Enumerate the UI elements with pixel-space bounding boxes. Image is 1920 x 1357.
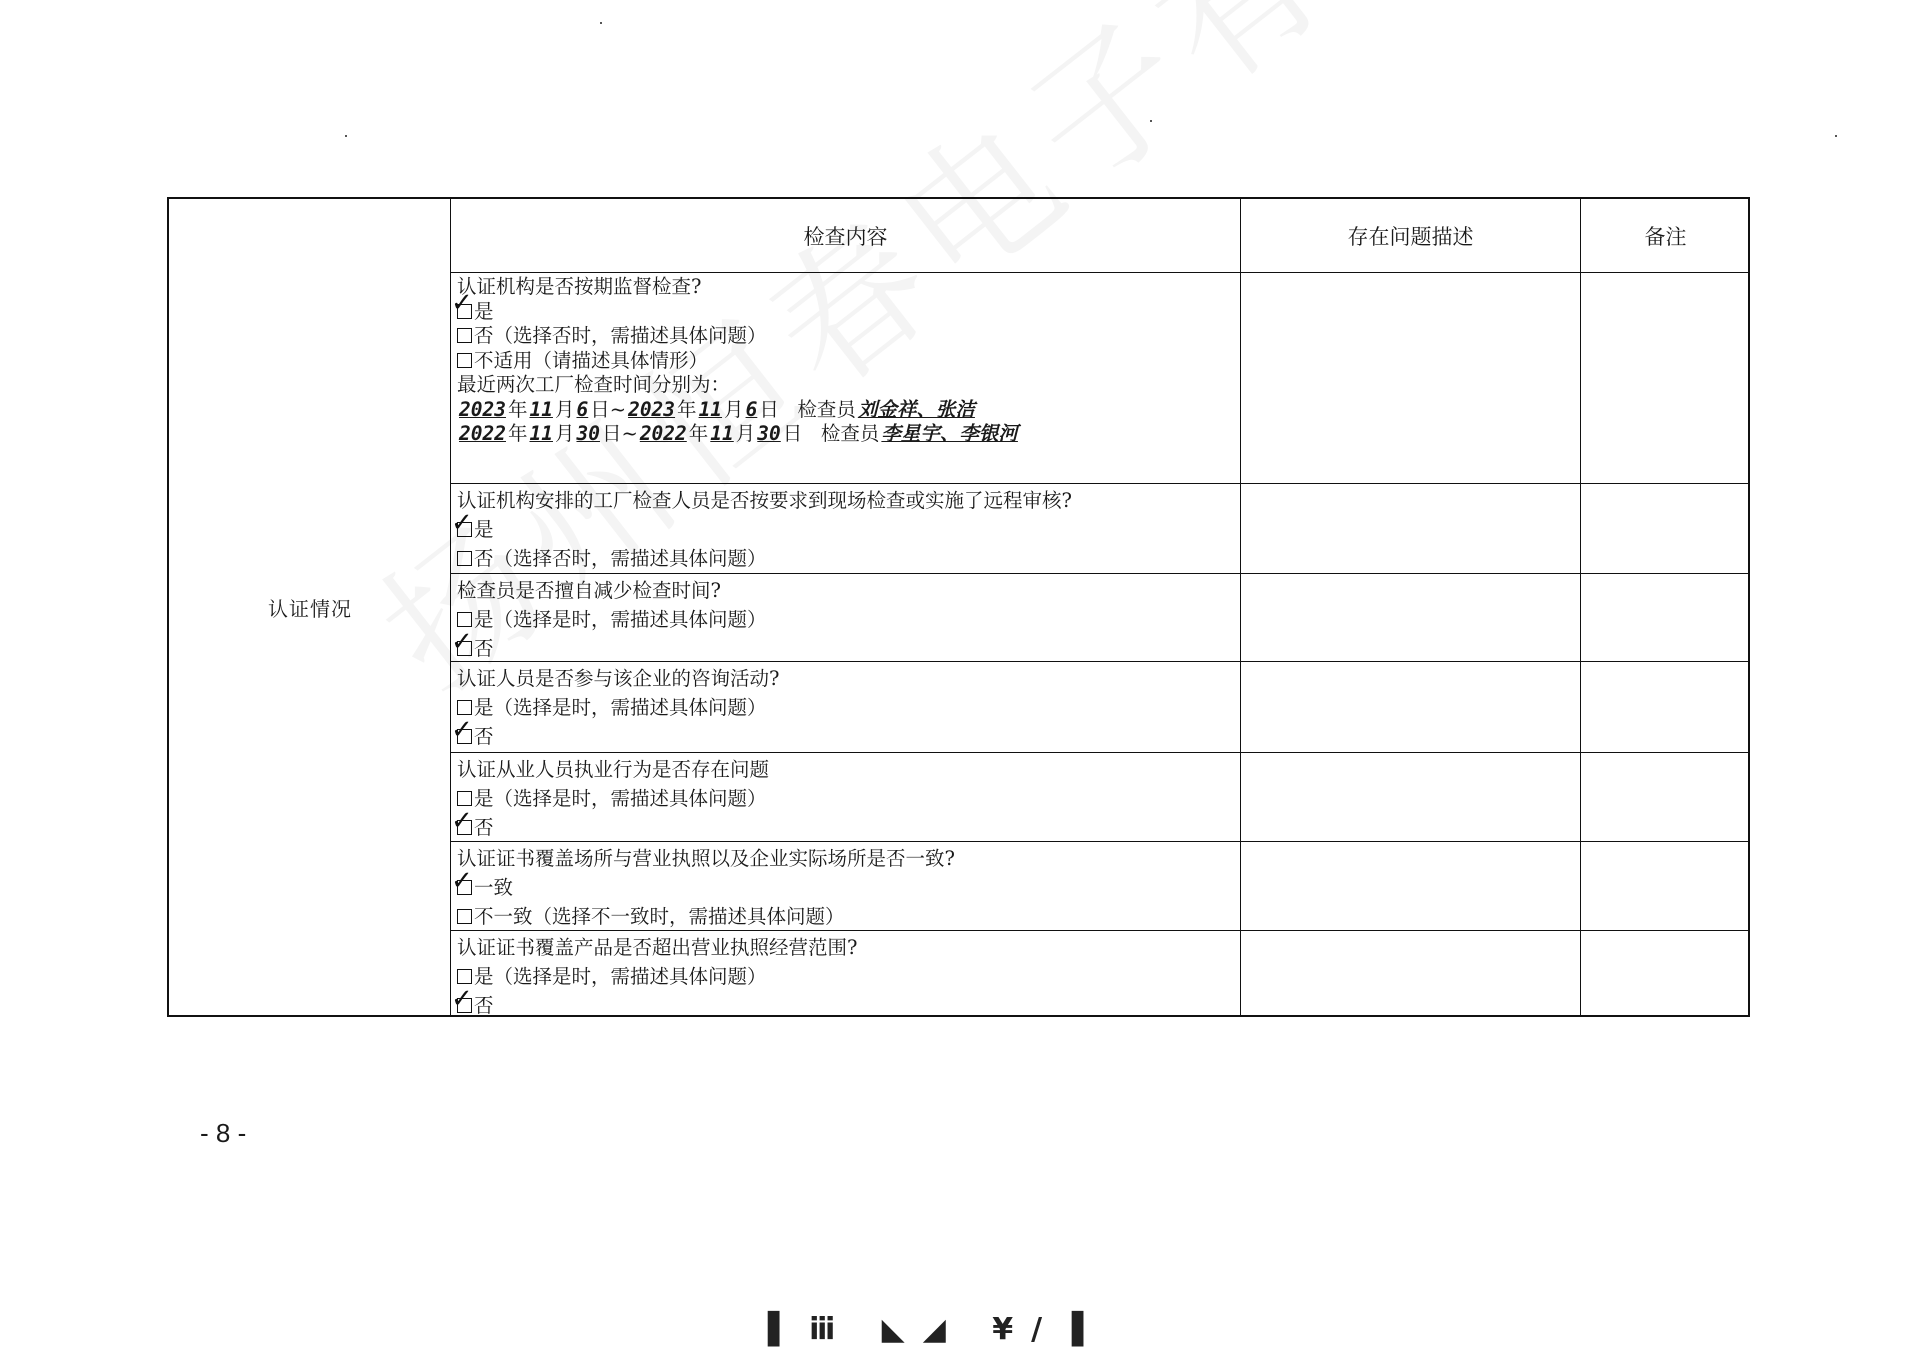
table-row: 认证从业人员执业行为是否存在问题是（选择是时，需描述具体问题）否	[457, 752, 1237, 841]
end-year: 2022	[638, 422, 689, 445]
option-label: 是	[474, 300, 494, 323]
checkbox[interactable]	[457, 729, 472, 744]
option-label: 是（选择是时，需描述具体问题）	[474, 696, 767, 719]
page-number: - 8 -	[200, 1118, 246, 1149]
checkbox[interactable]	[457, 551, 472, 566]
remarks-cell[interactable]	[1581, 752, 1750, 841]
table-row: 认证人员是否参与该企业的咨询活动?是（选择是时，需描述具体问题）否	[457, 661, 1237, 752]
option[interactable]: 否	[457, 813, 1237, 842]
start-day: 6	[574, 398, 590, 421]
header-problem: 存在问题描述	[1241, 199, 1580, 272]
start-month: 11	[527, 398, 554, 421]
option[interactable]: 是（选择是时，需描述具体问题）	[457, 605, 1237, 634]
start-day: 30	[574, 422, 601, 445]
option-label: 是（选择是时，需描述具体问题）	[474, 787, 767, 810]
question-text: 认证证书覆盖产品是否超出营业执照经营范围?	[457, 933, 1237, 962]
table-row: 认证机构安排的工厂检查人员是否按要求到现场检查或实施了远程审核?是否（选择否时，…	[457, 483, 1237, 573]
problem-cell[interactable]	[1241, 841, 1580, 930]
remarks-cell[interactable]	[1581, 661, 1750, 752]
inspection-record: 2023年11月6日~2023年11月6日 检查员刘金祥、张洁	[457, 398, 1237, 423]
inspection-dates-label: 最近两次工厂检查时间分别为：	[457, 373, 1237, 398]
end-month: 11	[697, 398, 724, 421]
table-row: 检查员是否擅自减少检查时间?是（选择是时，需描述具体问题）否	[457, 573, 1237, 661]
option-label: 不一致（选择不一致时，需描述具体问题）	[474, 905, 845, 928]
checkbox[interactable]	[457, 328, 472, 343]
end-year: 2023	[626, 398, 677, 421]
remarks-cell[interactable]	[1581, 930, 1750, 1017]
checkbox[interactable]	[457, 700, 472, 715]
checkbox[interactable]	[457, 880, 472, 895]
option[interactable]: 是（选择是时，需描述具体问题）	[457, 962, 1237, 991]
inspector-names: 刘金祥、张洁	[856, 398, 977, 421]
option-label: 否（选择否时，需描述具体问题）	[474, 324, 767, 347]
table-row: 认证证书覆盖产品是否超出营业执照经营范围?是（选择是时，需描述具体问题）否	[457, 930, 1237, 1017]
remarks-cell[interactable]	[1581, 272, 1750, 483]
option[interactable]: 否	[457, 991, 1237, 1020]
scan-speck	[600, 22, 602, 24]
option-label: 否	[474, 725, 494, 748]
option[interactable]: 否	[457, 634, 1237, 663]
option[interactable]: 否（选择否时，需描述具体问题）	[457, 544, 1237, 573]
inspection-table: 认证情况 检查内容 存在问题描述 备注 认证机构是否按期监督检查?是否（选择否时…	[167, 197, 1750, 1017]
remarks-cell[interactable]	[1581, 573, 1750, 661]
option[interactable]: 否	[457, 722, 1237, 751]
end-day: 30	[755, 422, 782, 445]
option-label: 是（选择是时，需描述具体问题）	[474, 608, 767, 631]
problem-cell[interactable]	[1241, 752, 1580, 841]
question-text: 认证从业人员执业行为是否存在问题	[457, 755, 1237, 784]
start-year: 2023	[457, 398, 508, 421]
start-year: 2022	[457, 422, 508, 445]
option-label: 否	[474, 637, 494, 660]
inspection-record: 2022年11月30日~2022年11月30日 检查员李星宇、李银河	[457, 422, 1237, 447]
option[interactable]: 是	[457, 300, 1237, 325]
option-label: 否	[474, 994, 494, 1017]
checkbox[interactable]	[457, 998, 472, 1013]
question-text: 检查员是否擅自减少检查时间?	[457, 576, 1237, 605]
problem-cell[interactable]	[1241, 930, 1580, 1017]
checkbox[interactable]	[457, 353, 472, 368]
question-text: 认证机构安排的工厂检查人员是否按要求到现场检查或实施了远程审核?	[457, 486, 1237, 515]
option[interactable]: 否（选择否时，需描述具体问题）	[457, 324, 1237, 349]
checkbox[interactable]	[457, 304, 472, 319]
table-row: 认证证书覆盖场所与营业执照以及企业实际场所是否一致?一致不一致（选择不一致时，需…	[457, 841, 1237, 930]
option-label: 不适用（请描述具体情形）	[474, 349, 708, 372]
header-content: 检查内容	[451, 199, 1240, 272]
option[interactable]: 是（选择是时，需描述具体问题）	[457, 784, 1237, 813]
start-month: 11	[527, 422, 554, 445]
checkbox[interactable]	[457, 522, 472, 537]
scan-speck	[1150, 120, 1152, 122]
end-month: 11	[708, 422, 735, 445]
header-remarks: 备注	[1581, 199, 1750, 272]
seal-stamp: ▌ⅲ ◣◢ ¥/▐	[768, 1312, 1101, 1347]
remarks-cell[interactable]	[1581, 483, 1750, 573]
option[interactable]: 一致	[457, 873, 1237, 902]
question-text: 认证机构是否按期监督检查?	[457, 275, 1237, 300]
option[interactable]: 是（选择是时，需描述具体问题）	[457, 693, 1237, 722]
problem-cell[interactable]	[1241, 483, 1580, 573]
question-text: 认证证书覆盖场所与营业执照以及企业实际场所是否一致?	[457, 844, 1237, 873]
checkbox[interactable]	[457, 791, 472, 806]
scan-speck	[1835, 135, 1837, 137]
option-label: 否	[474, 816, 494, 839]
end-day: 6	[744, 398, 760, 421]
option-label: 是	[474, 518, 494, 541]
checkbox[interactable]	[457, 641, 472, 656]
option-label: 是（选择是时，需描述具体问题）	[474, 965, 767, 988]
option[interactable]: 是	[457, 515, 1237, 544]
scan-speck	[345, 135, 347, 137]
option[interactable]: 不一致（选择不一致时，需描述具体问题）	[457, 902, 1237, 931]
remarks-cell[interactable]	[1581, 841, 1750, 930]
option[interactable]: 不适用（请描述具体情形）	[457, 349, 1237, 374]
checkbox[interactable]	[457, 909, 472, 924]
checkbox[interactable]	[457, 969, 472, 984]
checkbox[interactable]	[457, 612, 472, 627]
problem-cell[interactable]	[1241, 272, 1580, 483]
option-label: 否（选择否时，需描述具体问题）	[474, 547, 767, 570]
table-row: 认证机构是否按期监督检查?是否（选择否时，需描述具体问题）不适用（请描述具体情形…	[457, 272, 1237, 483]
section-label: 认证情况	[169, 199, 451, 1015]
checkbox[interactable]	[457, 820, 472, 835]
inspector-names: 李星宇、李银河	[879, 422, 1020, 445]
problem-cell[interactable]	[1241, 573, 1580, 661]
problem-cell[interactable]	[1241, 661, 1580, 752]
question-text: 认证人员是否参与该企业的咨询活动?	[457, 664, 1237, 693]
option-label: 一致	[474, 876, 513, 899]
